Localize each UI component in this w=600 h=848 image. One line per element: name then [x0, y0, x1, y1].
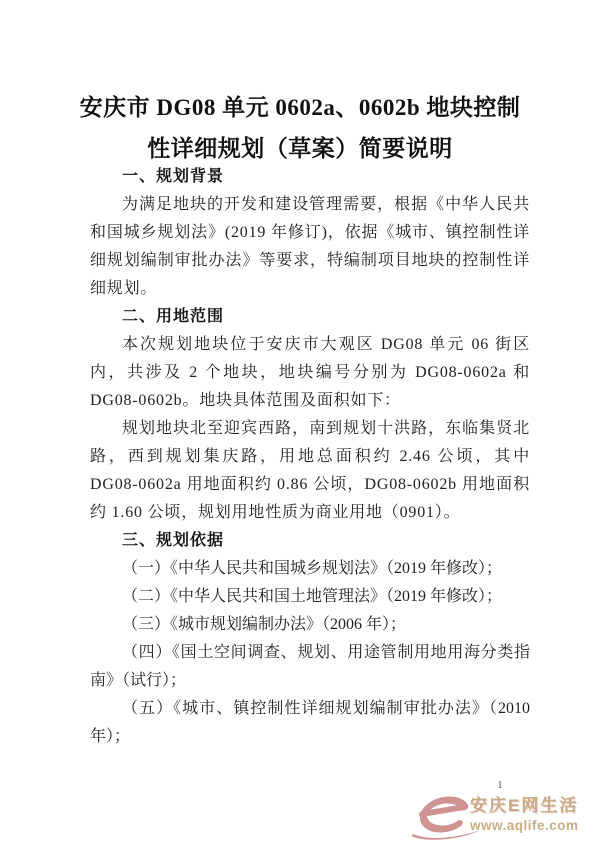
paragraph: 本次规划地块位于安庆市大观区 DG08 单元 06 街区内，共涉及 2 个地块，… — [90, 331, 530, 415]
page-number: 1 — [488, 778, 512, 792]
document-page: 安庆市 DG08 单元 0602a、0602b 地块控制 性详细规划（草案）简要… — [0, 0, 600, 848]
aqlife-watermark: 安庆E网生活 www.aqlife.com — [412, 794, 600, 846]
list-item: （五）《城市、镇控制性详细规划编制审批办法》（2010 年）； — [90, 695, 530, 751]
watermark-site-name: 安庆E网生活 — [470, 795, 600, 816]
section-heading-land-scope: 二、用地范围 — [90, 303, 530, 331]
list-item: （二）《中华人民共和国土地管理法》（2019 年修改）； — [90, 583, 530, 611]
section-heading-planning-background: 一、规划背景 — [90, 163, 530, 191]
list-item: （一）《中华人民共和国城乡规划法》（2019 年修改）； — [90, 555, 530, 583]
list-item: （四）《国土空间调查、规划、用途管制用地用海分类指南》（试行）； — [90, 639, 530, 695]
section-heading-planning-basis: 三、规划依据 — [90, 527, 530, 555]
document-body: 一、规划背景 为满足地块的开发和建设管理需要，根据《中华人民共和国城乡规划法》(… — [90, 163, 530, 751]
list-item: （三）《城市规划编制办法》（2006 年）； — [90, 611, 530, 639]
paragraph: 为满足地块的开发和建设管理需要，根据《中华人民共和国城乡规划法》(2019 年修… — [90, 191, 530, 303]
paragraph: 规划地块北至迎宾西路，南到规划十洪路，东临集贤北路，西到规划集庆路，用地总面积约… — [90, 415, 530, 527]
document-title: 安庆市 DG08 单元 0602a、0602b 地块控制 性详细规划（草案）简要… — [0, 87, 600, 169]
watermark-site-url: www.aqlife.com — [470, 818, 600, 834]
document-title-line-1: 安庆市 DG08 单元 0602a、0602b 地块控制 — [0, 87, 600, 128]
watermark-text: 安庆E网生活 www.aqlife.com — [470, 795, 600, 834]
